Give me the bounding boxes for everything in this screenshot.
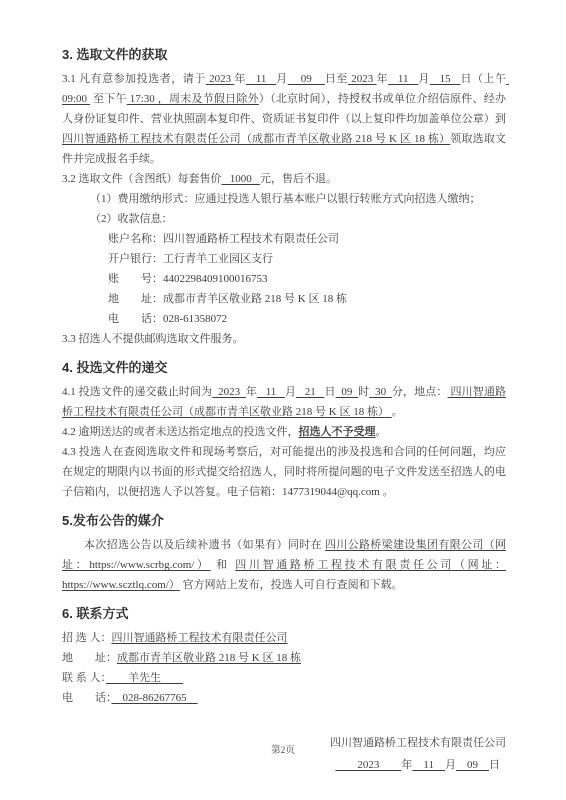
paragraph: 3.3 招选人不提供邮购选取文件服务。 bbox=[62, 329, 506, 349]
fill-in-field: 09 bbox=[456, 759, 489, 771]
fill-in-field: 1000 bbox=[222, 173, 261, 185]
text-segment: 日 bbox=[324, 386, 335, 398]
fill-in-field: 21 bbox=[296, 386, 324, 398]
text-segment: 年 bbox=[234, 73, 246, 85]
signature-date: 2023 年 11 月 09 日 bbox=[62, 754, 506, 776]
text-segment: 4.2 逾期送达的或者未送达指定地点的投选文件， bbox=[62, 426, 299, 438]
text-segment: 3.1 凡有意参加投选者，请于 bbox=[62, 73, 206, 85]
text-segment: 3.2 选取文件（含图纸）每套售价 bbox=[62, 173, 222, 185]
text-segment: 官方网站上发布，投选人可自行查阅和下载。 bbox=[180, 579, 403, 591]
text-segment: 地 址：成都市青羊区敬业路 218 号 K 区 18 栋 bbox=[108, 293, 347, 305]
text-segment: 地 址： bbox=[62, 652, 117, 664]
text-segment: 联 系 人： bbox=[62, 672, 106, 684]
fill-in-field: 30 bbox=[369, 386, 392, 398]
fill-in-field: 11 bbox=[412, 759, 445, 771]
text-segment: 和 bbox=[211, 559, 236, 571]
text-segment: 本次招选公告以及后续补遗书（如果有）同时在 bbox=[84, 539, 325, 551]
fill-in-field: 成都市青羊区敬业路 218 号 K 区 18 栋 bbox=[117, 652, 301, 664]
paragraph: （2）收款信息： bbox=[62, 209, 506, 229]
text-segment: 元，售后不退。 bbox=[260, 173, 337, 185]
section-announcement-media: 5.发布公告的媒介本次招选公告以及后续补遗书（如果有）同时在 四川公路桥梁建设集… bbox=[62, 512, 506, 595]
text-segment: （1）费用缴纳形式：应通过投选人银行基本账户以银行转账方式向招选人缴纳； bbox=[90, 193, 481, 205]
section-document-acquisition: 3. 选取文件的获取3.1 凡有意参加投选者，请于 2023 年 11 月 09… bbox=[62, 46, 506, 349]
text-segment: 月 bbox=[445, 759, 456, 771]
paragraph: （1）费用缴纳形式：应通过投选人银行基本账户以银行转账方式向招选人缴纳； bbox=[62, 189, 506, 209]
fill-in-field: 羊先生 bbox=[106, 672, 183, 684]
section-heading: 5.发布公告的媒介 bbox=[62, 512, 506, 529]
text-segment: 月 bbox=[285, 386, 296, 398]
text-segment: 年 bbox=[377, 73, 389, 85]
text-segment: 月 bbox=[276, 73, 288, 85]
fill-in-field: 2023 bbox=[348, 73, 377, 85]
fill-in-field: 11 bbox=[257, 386, 285, 398]
fill-in-field: 17:30 ，周末及节假日除外 bbox=[127, 93, 259, 105]
section-heading: 4. 投选文件的递交 bbox=[62, 359, 506, 376]
paragraph: 4.3 投选人在查阅选取文件和现场考察后，对可能提出的涉及投选和合同的任何问题，… bbox=[62, 442, 506, 502]
section-heading: 3. 选取文件的获取 bbox=[62, 46, 506, 63]
fill-in-field: 招选人不予受理 bbox=[299, 426, 376, 438]
text-segment: 4.3 投选人在查阅选取文件和现场考察后，对可能提出的涉及投选和合同的任何问题，… bbox=[62, 446, 506, 498]
paragraph: 联 系 人： 羊先生 bbox=[62, 668, 506, 688]
text-segment: 时 bbox=[358, 386, 369, 398]
text-segment: 电 话：028-61358072 bbox=[108, 313, 227, 325]
paragraph: 开户银行：工行青羊工业园区支行 bbox=[62, 249, 506, 269]
paragraph: 3.2 选取文件（含图纸）每套售价 1000 元，售后不退。 bbox=[62, 169, 506, 189]
text-segment: 至下午 bbox=[90, 93, 127, 105]
paragraph: 4.1 投选文件的递交截止时间为 2023 年 11 月 21 日 09 时 3… bbox=[62, 382, 506, 422]
section-contact-info: 6. 联系方式招 选 人：四川智通路桥工程技术有限责任公司地 址：成都市青羊区敬… bbox=[62, 605, 506, 708]
text-segment: 日（上午 bbox=[461, 73, 507, 85]
fill-in-field: 09 bbox=[288, 73, 325, 85]
paragraph: 账 号：4402298409100016753 bbox=[62, 269, 506, 289]
paragraph: 4.2 逾期送达的或者未送达指定地点的投选文件，招选人不予受理。 bbox=[62, 422, 506, 442]
text-segment: 月 bbox=[418, 73, 430, 85]
fill-in-field: 028-86267765 bbox=[112, 692, 198, 704]
paragraph: 账户名称：四川智通路桥工程技术有限责任公司 bbox=[62, 229, 506, 249]
text-segment: 招 选 人： bbox=[62, 632, 112, 644]
text-segment: 年 bbox=[401, 759, 412, 771]
text-segment: 3.3 招选人不提供邮购选取文件服务。 bbox=[62, 333, 244, 345]
text-segment: 分，地点： bbox=[392, 386, 448, 398]
paragraph: 电 话：028-61358072 bbox=[62, 309, 506, 329]
fill-in-field: 2023 bbox=[206, 73, 235, 85]
text-segment: 4.1 投选文件的递交截止时间为 bbox=[62, 386, 212, 398]
section-heading: 6. 联系方式 bbox=[62, 605, 506, 622]
text-segment: 日 bbox=[489, 759, 500, 771]
sections-container: 3. 选取文件的获取3.1 凡有意参加投选者，请于 2023 年 11 月 09… bbox=[62, 46, 506, 708]
fill-in-field: 2023 bbox=[335, 759, 401, 771]
fill-in-field: 11 bbox=[388, 73, 418, 85]
text-segment: 账户名称：四川智通路桥工程技术有限责任公司 bbox=[108, 233, 339, 245]
paragraph: 地 址：成都市青羊区敬业路 218 号 K 区 18 栋 bbox=[62, 289, 506, 309]
fill-in-field: 四川智通路桥工程技术有限责任公司 bbox=[112, 632, 288, 644]
text-segment: 账 号：4402298409100016753 bbox=[108, 273, 268, 285]
fill-in-field: 15 bbox=[430, 73, 461, 85]
paragraph: 本次招选公告以及后续补遗书（如果有）同时在 四川公路桥梁建设集团有限公司（网址：… bbox=[62, 535, 506, 595]
document-body: 3. 选取文件的获取3.1 凡有意参加投选者，请于 2023 年 11 月 09… bbox=[62, 46, 506, 776]
text-segment: 。 bbox=[376, 426, 387, 438]
text-segment: 电 话： bbox=[62, 692, 112, 704]
fill-in-field: 09 bbox=[336, 386, 359, 398]
page-number: 第2页 bbox=[0, 742, 566, 756]
text-segment: 年 bbox=[246, 386, 257, 398]
text-segment: 日至 bbox=[325, 73, 348, 85]
text-segment: （2）收款信息： bbox=[90, 213, 173, 225]
fill-in-field: 2023 bbox=[212, 386, 246, 398]
paragraph: 地 址：成都市青羊区敬业路 218 号 K 区 18 栋 bbox=[62, 648, 506, 668]
paragraph: 电 话： 028-86267765 bbox=[62, 688, 506, 708]
text-segment: 开户银行：工行青羊工业园区支行 bbox=[108, 253, 273, 265]
text-segment: 。 bbox=[392, 406, 403, 418]
fill-in-field: 11 bbox=[246, 73, 276, 85]
paragraph: 3.1 凡有意参加投选者，请于 2023 年 11 月 09 日至 2023 年… bbox=[62, 69, 506, 169]
paragraph: 招 选 人：四川智通路桥工程技术有限责任公司 bbox=[62, 628, 506, 648]
section-document-submission: 4. 投选文件的递交4.1 投选文件的递交截止时间为 2023 年 11 月 2… bbox=[62, 359, 506, 502]
document-page: 3. 选取文件的获取3.1 凡有意参加投选者，请于 2023 年 11 月 09… bbox=[0, 0, 566, 800]
fill-in-field: 四川智通路桥工程技术有限责任公司（成都市青羊区敬业路 218 号 K 区 18 … bbox=[62, 133, 450, 145]
